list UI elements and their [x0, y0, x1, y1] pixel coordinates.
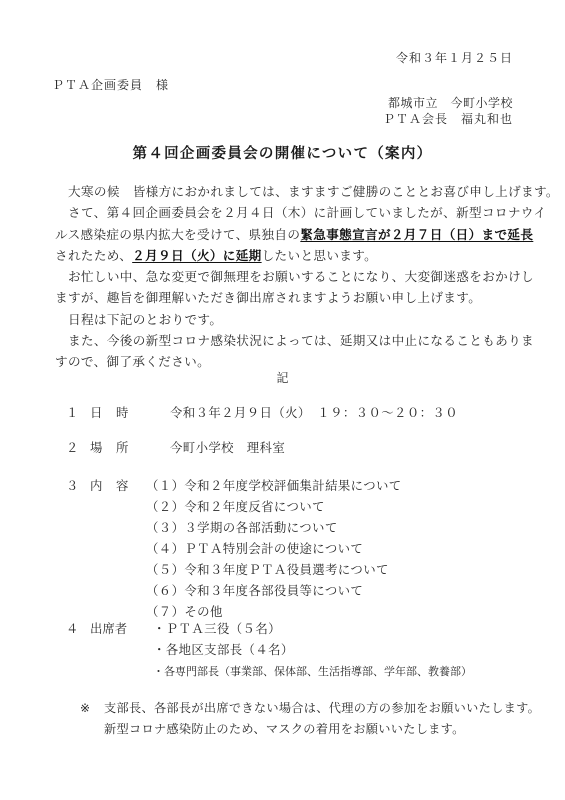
item-label: 場所	[90, 442, 170, 454]
agenda-item: （４）ＰＴＡ特別会計の使途について	[146, 543, 363, 555]
item-label-char: 日	[90, 407, 116, 419]
body-line: ルス感染症の県内拡大を受けて、県独自の緊急事態宣言が２月７日（日）まで延長	[55, 224, 517, 245]
item-label-char: 容	[116, 480, 128, 492]
body-line: すので、御了承ください。	[55, 351, 517, 372]
item-label-char: 時	[116, 407, 128, 419]
body-line: さて、第４回企画委員会を２月４日（木）に計画していましたが、新型コロナウイ	[55, 202, 517, 223]
agenda-item: （１）令和２年度学校評価集計結果について	[146, 480, 402, 492]
reference-mark-icon: ※	[80, 702, 104, 714]
note-line: 新型コロナ感染防止のため、マスクの着用をお願いいたします。	[104, 723, 465, 735]
document-title: 第４回企画委員会の開催について（案内）	[0, 147, 565, 162]
item-datetime: １日時令和３年２月９日（火） １９：３０～２０：３０	[66, 407, 458, 419]
body-text: ルス感染症の県内拡大を受けて、県独自の	[55, 227, 300, 242]
note-text: 支部長、各部長が出席できない場合は、代理の方の参加をお願いいたします。	[104, 701, 540, 715]
agenda-item: （７）その他	[146, 606, 223, 618]
body-text: されたため、	[55, 248, 132, 263]
item-label-char: 内	[90, 480, 116, 492]
note-line: ※支部長、各部長が出席できない場合は、代理の方の参加をお願いいたします。	[80, 702, 540, 714]
sender-organization: 都城市立 今町小学校	[388, 97, 513, 109]
item-value: 今町小学校 理科室	[170, 440, 285, 455]
agenda-item: （６）令和３年度各部役員等について	[146, 585, 363, 597]
emphasis-postponed-date: ２月９日（火）に延期	[132, 248, 261, 263]
ki-heading: 記	[0, 372, 565, 384]
agenda-item: （５）令和３年度ＰＴＡ役員選考について	[146, 564, 389, 576]
agenda-item: （２）令和２年度反省について	[146, 501, 325, 513]
body-text: したいと思います。	[262, 248, 378, 263]
agenda-item: （３）３学期の各部活動について	[146, 522, 338, 534]
recipient: ＰＴＡ企画委員 様	[52, 79, 169, 91]
item-number: ４	[66, 623, 90, 635]
item-label-char: 場	[90, 442, 116, 454]
item-number: ３	[66, 480, 90, 492]
attendee-item: ・ＰＴＡ三役（５名）	[153, 623, 281, 635]
body-paragraphs: 大寒の候 皆様方におかれましては、ますますご健勝のこととお喜び申し上げます。 さ…	[55, 181, 517, 373]
item-value: 令和３年２月９日（火） １９：３０～２０：３０	[170, 405, 458, 420]
body-line: お忙しい中、急な変更で御無理をお願いすることになり、大変御迷惑をおかけし	[55, 266, 517, 287]
body-line: されたため、２月９日（火）に延期したいと思います。	[55, 245, 517, 266]
body-line: 大寒の候 皆様方におかれましては、ますますご健勝のこととお喜び申し上げます。	[55, 181, 517, 202]
item-number: ２	[66, 442, 90, 454]
item-place: ２場所今町小学校 理科室	[66, 442, 285, 454]
item-number: １	[66, 407, 90, 419]
body-line: ますが、趣旨を御理解いただき御出席されますようお願い申し上げます。	[55, 287, 517, 308]
emphasis-emergency-extension: 緊急事態宣言が２月７日（日）まで延長	[300, 227, 533, 242]
body-line: 日程は下記のとおりです。	[55, 309, 517, 330]
attendee-item: ・各地区支部長（４名）	[153, 644, 294, 656]
body-line: また、今後の新型コロナ感染状況によっては、延期又は中止になることもありま	[55, 330, 517, 351]
document-date: 令和３年１月２５日	[396, 52, 513, 64]
attendee-item: ・各専門部長（事業部、保体部、生活指導部、学年部、教養部）	[153, 666, 472, 677]
sender-name: ＰＴＡ会長 福丸和也	[383, 113, 513, 125]
item-label: 日時	[90, 407, 170, 419]
item-label-char: 所	[116, 442, 128, 454]
